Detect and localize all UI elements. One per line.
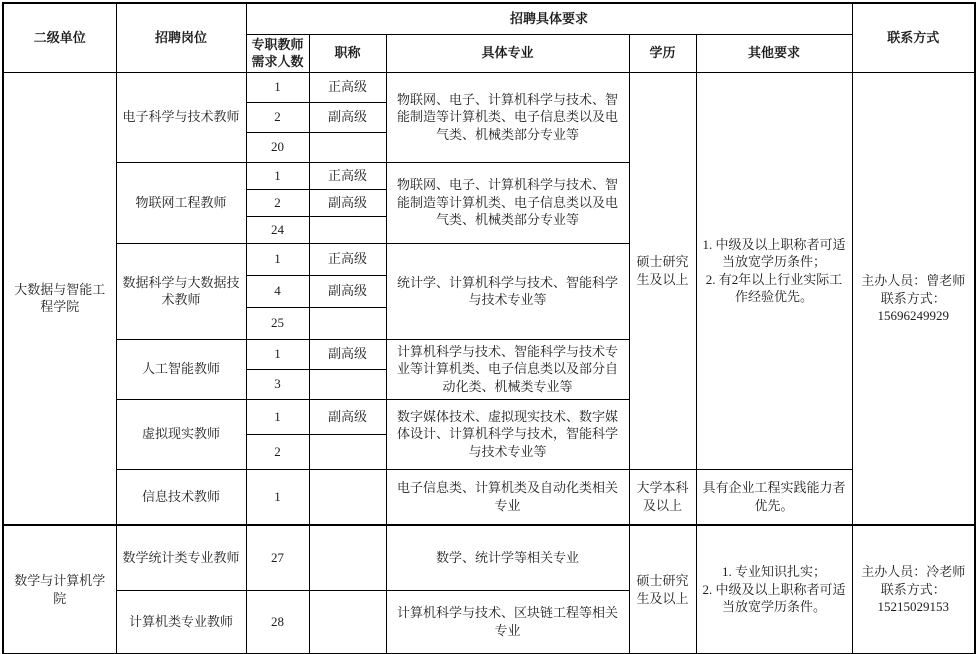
cell-headcount: 3	[246, 369, 309, 399]
cell-rank	[309, 525, 386, 590]
cell-headcount: 1	[246, 469, 309, 525]
cell-position-title: 物联网工程教师	[116, 162, 246, 243]
cell-headcount: 27	[246, 525, 309, 590]
cell-headcount: 1	[246, 339, 309, 369]
header-education: 学历	[629, 34, 696, 72]
table-body: 大数据与智能工程学院 电子科学与技术教师 1 正高级 物联网、电子、计算机科学与…	[3, 72, 975, 654]
cell-position-title: 电子科学与技术教师	[116, 72, 246, 162]
cell-headcount: 4	[246, 275, 309, 307]
cell-contact: 主办人员：冷老师 联系方式： 15215029153	[852, 525, 975, 654]
cell-headcount: 2	[246, 102, 309, 132]
cell-other-requirements: 具有企业工程实践能力者优先。	[696, 469, 852, 525]
cell-headcount: 1	[246, 162, 309, 189]
cell-headcount: 1	[246, 399, 309, 434]
cell-major: 物联网、电子、计算机科学与技术、智能制造等计算机类、电子信息类以及电气类、机械类…	[386, 72, 629, 162]
header-major: 具体专业	[386, 34, 629, 72]
table-row: 信息技术教师 1 电子信息类、计算机类及自动化类相关专业 大学本科及以上 具有企…	[3, 469, 975, 525]
header-rank: 职称	[309, 34, 386, 72]
cell-position-title: 数据科学与大数据技术教师	[116, 243, 246, 339]
cell-rank	[309, 216, 386, 243]
cell-college-name: 数学与计算机学院	[3, 525, 116, 654]
cell-rank: 副高级	[309, 189, 386, 216]
cell-college-name: 大数据与智能工程学院	[3, 72, 116, 525]
table-header: 二级单位 招聘岗位 招聘具体要求 联系方式 专职教师需求人数 职称 具体专业 学…	[3, 3, 975, 72]
cell-rank	[309, 132, 386, 162]
cell-rank: 副高级	[309, 399, 386, 434]
cell-rank: 副高级	[309, 275, 386, 307]
table-row: 数学与计算机学院 数学统计类专业教师 27 数学、统计学等相关专业 硕士研究生及…	[3, 525, 975, 590]
cell-position-title: 计算机类专业教师	[116, 590, 246, 654]
cell-education: 大学本科及以上	[629, 469, 696, 525]
cell-position-title: 信息技术教师	[116, 469, 246, 525]
cell-rank: 正高级	[309, 162, 386, 189]
cell-major: 物联网、电子、计算机科学与技术、智能制造等计算机类、电子信息类以及电气类、机械类…	[386, 162, 629, 243]
cell-major: 数字媒体技术、虚拟现实技术、数字媒体设计、计算机科学与技术，智能科学与技术专业等	[386, 399, 629, 469]
cell-rank: 副高级	[309, 102, 386, 132]
header-other: 其他要求	[696, 34, 852, 72]
cell-major: 数学、统计学等相关专业	[386, 525, 629, 590]
cell-education: 硕士研究生及以上	[629, 72, 696, 469]
cell-rank	[309, 434, 386, 469]
cell-rank: 副高级	[309, 339, 386, 369]
header-requirements-group: 招聘具体要求	[246, 3, 852, 34]
cell-headcount: 2	[246, 189, 309, 216]
cell-headcount: 20	[246, 132, 309, 162]
cell-major: 计算机科学与技术、区块链工程等相关专业	[386, 590, 629, 654]
cell-position-title: 数学统计类专业教师	[116, 525, 246, 590]
cell-headcount: 25	[246, 307, 309, 339]
table-row: 大数据与智能工程学院 电子科学与技术教师 1 正高级 物联网、电子、计算机科学与…	[3, 72, 975, 102]
header-unit: 二级单位	[3, 3, 116, 72]
cell-major: 电子信息类、计算机类及自动化类相关专业	[386, 469, 629, 525]
cell-rank: 正高级	[309, 243, 386, 275]
cell-rank	[309, 469, 386, 525]
recruitment-sheet: 二级单位 招聘岗位 招聘具体要求 联系方式 专职教师需求人数 职称 具体专业 学…	[0, 0, 976, 654]
header-contact: 联系方式	[852, 3, 975, 72]
cell-headcount: 1	[246, 72, 309, 102]
cell-position-title: 虚拟现实教师	[116, 399, 246, 469]
header-position: 招聘岗位	[116, 3, 246, 72]
header-headcount: 专职教师需求人数	[246, 34, 309, 72]
recruitment-table: 二级单位 招聘岗位 招聘具体要求 联系方式 专职教师需求人数 职称 具体专业 学…	[2, 2, 976, 654]
cell-other-requirements: 1. 专业知识扎实； 2. 中级及以上职称者可适当放宽学历条件。	[696, 525, 852, 654]
cell-rank: 正高级	[309, 72, 386, 102]
cell-rank	[309, 369, 386, 399]
cell-rank	[309, 590, 386, 654]
cell-headcount: 28	[246, 590, 309, 654]
cell-education: 硕士研究生及以上	[629, 525, 696, 654]
cell-position-title: 人工智能教师	[116, 339, 246, 399]
cell-major: 计算机科学与技术、智能科学与技术专业等计算机类、电子信息类以及部分自动化类、机械…	[386, 339, 629, 399]
cell-headcount: 2	[246, 434, 309, 469]
cell-other-requirements: 1. 中级及以上职称者可适当放宽学历条件； 2. 有2年以上行业实际工作经验优先…	[696, 72, 852, 469]
cell-headcount: 1	[246, 243, 309, 275]
cell-major: 统计学、计算机科学与技术、智能科学与技术专业等	[386, 243, 629, 339]
cell-headcount: 24	[246, 216, 309, 243]
cell-rank	[309, 307, 386, 339]
cell-contact: 主办人员：曾老师 联系方式： 15696249929	[852, 72, 975, 525]
